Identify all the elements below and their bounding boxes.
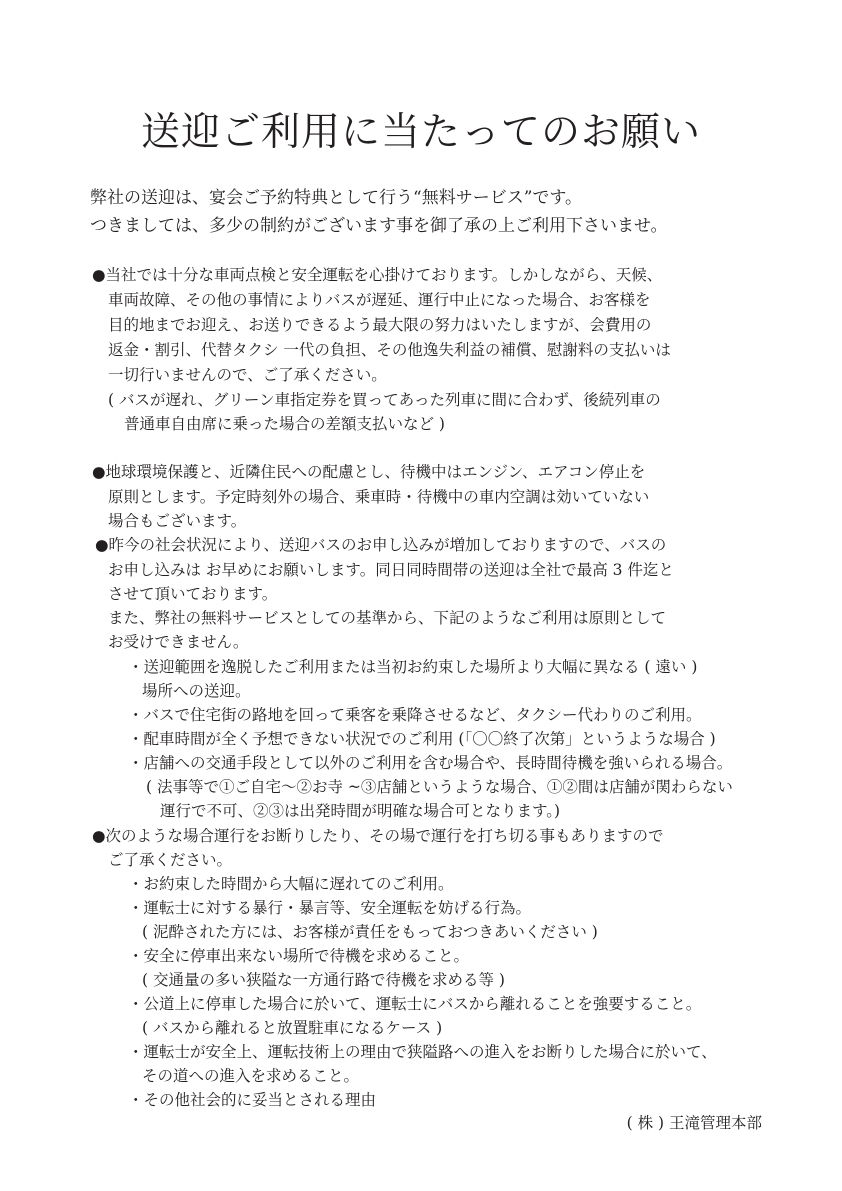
section-line: また、弊社の無料サービスとしての基準から、下記のようなご利用は原則として — [108, 608, 666, 628]
section-line: ご了承ください。 — [108, 850, 232, 870]
section-line: お申し込みは お早めにお願いします。同日同時間帯の送迎は全社で最高 3 件迄と — [108, 560, 674, 580]
sub-bullet-line: ・運転士に対する暴行・暴言等、安全運転を妨げる行為。 — [128, 898, 531, 918]
company-signature: ( 株 ) 王滝管理本部 — [627, 1113, 762, 1133]
section-line: 返金・割引、代替タクシ 一代の負担、その他逸失利益の補償、慰謝料の支払いは — [108, 340, 671, 360]
sub-bullet-line: 場所への送迎。 — [142, 681, 251, 701]
sub-bullet-line: ・お約束した時間から大幅に遅れてのご利用。 — [128, 874, 454, 894]
section-line: 普通車自由席に乗った場合の差額支払いなど ) — [124, 414, 445, 434]
section-line: ●当社では十分な車両点検と安全運転を心掛けております。しかしながら、天候、 — [92, 265, 662, 285]
section-line: 場合もございます。 — [108, 511, 246, 531]
section-line: させて頂いております。 — [108, 584, 277, 604]
section-line: 目的地までお迎え、お送りできるよう最大限の努力はいたしますが、会費用の — [108, 315, 651, 335]
section-line: 原則とします。予定時刻外の場合、乗車時・待機中の車内空調は効いていない — [108, 487, 649, 507]
section-line: ●次のような場合運行をお断りしたり、その場で運行を打ち切る事もありますので — [92, 826, 664, 846]
sub-bullet-line: ・運転士が安全上、運転技術上の理由で狭隘路への進入をお断りした場合に於いて、 — [128, 1042, 717, 1062]
section-line: お受けできません。 — [108, 632, 248, 652]
sub-bullet-line: ( バスから離れると放置駐車になるケース ) — [142, 1018, 442, 1038]
sub-bullet-line: 運行で不可、②③は出発時間が明確な場合可となります。) — [160, 801, 560, 821]
sub-bullet-line: ( 交通量の多い狭隘な一方通行路で待機を求める等 ) — [142, 970, 505, 990]
sub-bullet-line: ・安全に停車出来ない場所で待機を求めること。 — [128, 946, 469, 966]
sub-bullet-line: ・配車時間が全く予想できない状況でのご利用 (「〇〇終了次第」というような場合 … — [128, 729, 716, 749]
intro-line: 弊社の送迎は、宴会ご予約特典として行う“無料サービス”です。 — [90, 188, 582, 208]
section-line: ●地球環境保護と、近隣住民への配慮とし、待機中はエンジン、エアコン停止を — [92, 462, 645, 482]
section-line: 車両故障、その他の事情によりバスが遅延、運行中止になった場合、お客様を — [108, 290, 651, 310]
sub-bullet-line: その道への進入を求めること。 — [142, 1066, 359, 1086]
intro-line: つきましては、多少の制約がございます事を御了承の上ご利用下さいませ。 — [90, 216, 668, 236]
sub-bullet-line: ( 法事等で①ご自宅～②お寺 ~③店舗というような場合、①②間は店舗が関わらない — [146, 777, 733, 797]
section-line: ( バスが遅れ、グリーン車指定券を買ってあった列車に間に合わず、後続列車の — [108, 390, 661, 410]
sub-bullet-line: ・バスで住宅街の路地を回って乗客を乗降させるなど、タクシー代わりのご利用。 — [128, 705, 702, 725]
sub-bullet-line: ・店舗への交通手段として以外のご利用を含む場合や、長時間待機を強いられる場合。 — [128, 753, 732, 773]
sub-bullet-line: ・その他社会的に妥当とされる理由 — [128, 1090, 376, 1110]
section-line: ●昨今の社会状況により、送迎バスのお申し込みが増加しておりますので、バスの — [95, 535, 666, 555]
sub-bullet-line: ・送迎範囲を逸脱したご利用または当初お約束した場所より大幅に異なる ( 遠い ) — [128, 657, 697, 677]
sub-bullet-line: ( 泥酔された方には、お客様が責任をもっておつきあいください ) — [142, 922, 598, 942]
page-title: 送迎ご利用に当たってのお願い — [0, 108, 842, 158]
sub-bullet-line: ・公道上に停車した場合に於いて、運転士にバスから離れることを強要すること。 — [128, 994, 701, 1014]
section-line: 一切行いませんので、ご了承ください。 — [108, 365, 387, 385]
